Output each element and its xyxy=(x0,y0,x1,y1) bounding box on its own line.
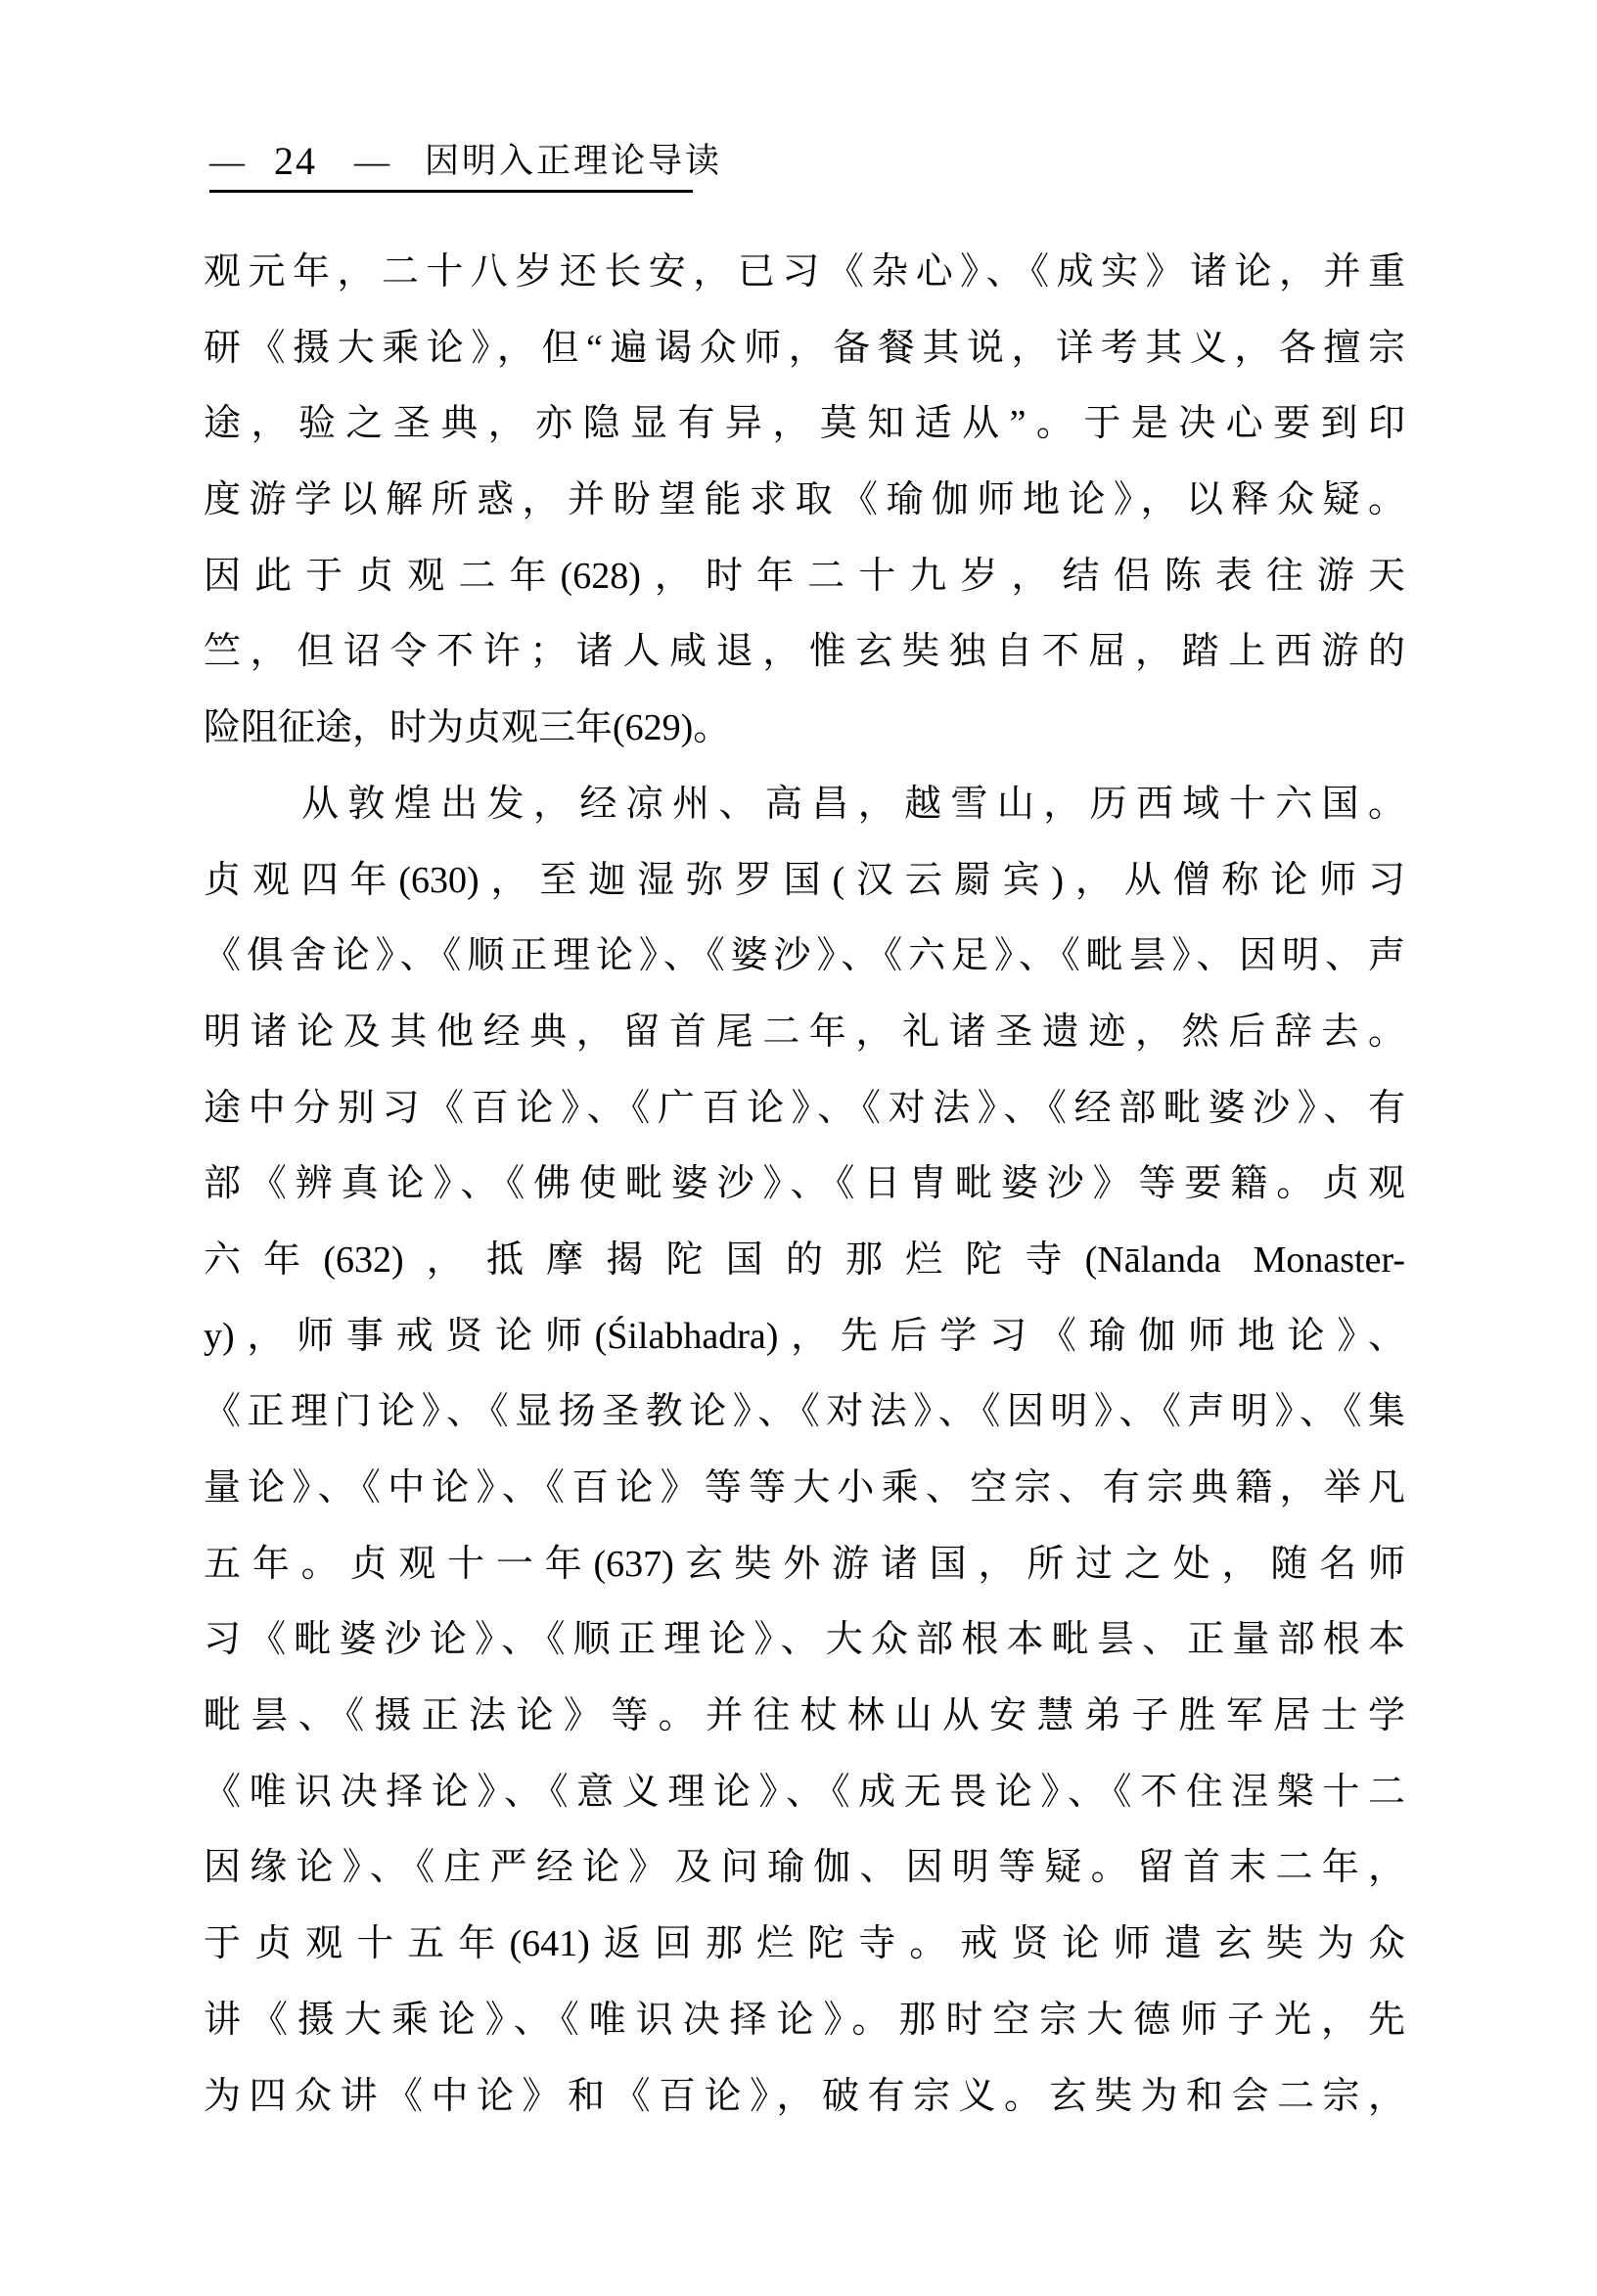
text-line: 量论》、《中论》、《百论》等等大小乘、空宗、有宗典籍，举凡 xyxy=(204,1451,1405,1527)
header-dash-left: — xyxy=(209,137,245,186)
header-rule xyxy=(209,190,693,193)
page-number: 24 xyxy=(274,137,317,186)
text-line: 为四众讲《中论》和《百论》，破有宗义。玄奘为和会二宗， xyxy=(204,2059,1405,2136)
text-line: 《正理门论》、《显扬圣教论》、《对法》、《因明》、《声明》、《集 xyxy=(204,1374,1405,1451)
text-line: 习《毗婆沙论》、《顺正理论》、大众部根本毗昙、正量部根本 xyxy=(204,1602,1405,1679)
body-text: 观元年，二十八岁还长安，已习《杂心》、《成实》诸论，并重 研《摄大乘论》，但“遍… xyxy=(204,235,1405,2135)
text-line: 《俱舍论》、《顺正理论》、《婆沙》、《六足》、《毗昙》、因明、声 xyxy=(204,919,1405,995)
text-line: 明诸论及其他经典，留首尾二年，礼诸圣遗迹，然后辞去。 xyxy=(204,995,1405,1071)
text-line: 途中分别习《百论》、《广百论》、《对法》、《经部毗婆沙》、有 xyxy=(204,1071,1405,1148)
book-title: 因明入正理论导读 xyxy=(425,137,722,186)
text-line: 从敦煌出发，经凉州、高昌，越雪山，历西域十六国。 xyxy=(204,767,1405,843)
text-line: 观元年，二十八岁还长安，已习《杂心》、《成实》诸论，并重 xyxy=(204,235,1405,311)
text-line: 讲《摄大乘论》、《唯识决择论》。那时空宗大德师子光，先 xyxy=(204,1983,1405,2059)
text-line: 度游学以解所惑，并盼望能求取《瑜伽师地论》，以释众疑。 xyxy=(204,463,1405,539)
text-line: 六年(632)，抵摩揭陀国的那烂陀寺(Nālanda Monaster- xyxy=(204,1223,1405,1299)
text-line: 毗昙、《摄正法论》等。并往杖林山从安慧弟子胜军居士学 xyxy=(204,1679,1405,1755)
text-line: 途，验之圣典，亦隐显有异，莫知适从”。于是决心要到印 xyxy=(204,386,1405,463)
text-line: 《唯识决择论》、《意义理论》、《成无畏论》、《不住涅槃十二 xyxy=(204,1755,1405,1831)
text-line: 于贞观十五年(641)返回那烂陀寺。戒贤论师遣玄奘为众 xyxy=(204,1907,1405,1983)
text-line: 贞观四年(630)，至迦湿弥罗国(汉云罽宾)，从僧称论师习 xyxy=(204,843,1405,920)
text-line: y)，师事戒贤论师(Śilabhadra)，先后学习《瑜伽师地论》、 xyxy=(204,1299,1405,1375)
text-line: 险阻征途，时为贞观三年(629)。 xyxy=(204,691,1405,767)
text-line: 因缘论》、《庄严经论》及问瑜伽、因明等疑。留首末二年， xyxy=(204,1830,1405,1907)
scanned-book-page: — 24 — 因明入正理论导读 观元年，二十八岁还长安，已习《杂心》、《成实》诸… xyxy=(0,0,1597,2296)
text-line: 因此于贞观二年(628)，时年二十九岁，结侣陈表往游天 xyxy=(204,539,1405,615)
text-line: 五年。贞观十一年(637)玄奘外游诸国，所过之处，随名师 xyxy=(204,1527,1405,1603)
text-line: 竺，但诏令不许；诸人咸退，惟玄奘独自不屈，踏上西游的 xyxy=(204,614,1405,691)
running-head: — 24 — 因明入正理论导读 xyxy=(209,137,722,186)
text-line: 部《辨真论》、《佛使毗婆沙》、《日胄毗婆沙》等要籍。贞观 xyxy=(204,1147,1405,1223)
header-dash-right: — xyxy=(354,137,389,186)
text-line: 研《摄大乘论》，但“遍谒众师，备餐其说，详考其义，各擅宗 xyxy=(204,311,1405,387)
